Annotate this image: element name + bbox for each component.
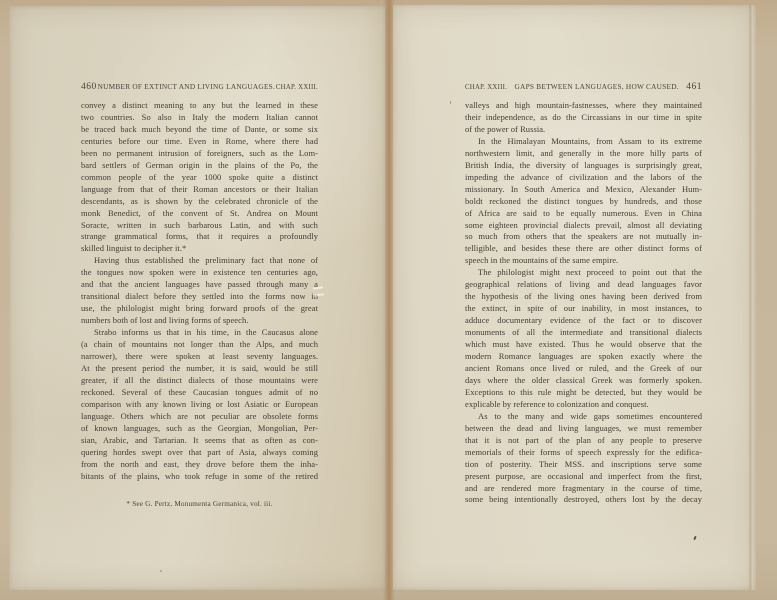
text-line: Strabo informs us that in his time, in t… [81, 327, 318, 339]
text-line: reckoned. Several of these Caucasian ton… [81, 387, 318, 399]
text-line: Exceptions to this rule might be detecte… [465, 387, 702, 399]
text-line: two countries. So also in Italy the mode… [81, 112, 318, 124]
text-line: sian, Arabic, and Tartarian. It seems th… [81, 435, 318, 447]
footnote: * See G. Pertz, Monumenta Germanica, vol… [81, 500, 318, 508]
text-line: of Africa are said to be equally numerou… [465, 208, 702, 220]
text-line: days where the older classical Greek was… [465, 375, 702, 387]
text-line: explicable by reference to colonization … [465, 399, 702, 411]
text-line: of known languages, such as the Georgian… [81, 423, 318, 435]
text-line: numbers both of lost and living forms of… [81, 315, 318, 327]
right-page-number: 461 [686, 82, 702, 92]
text-line: The philologist might next proceed to po… [465, 267, 702, 279]
text-line: memorials of their forms of speech expre… [465, 447, 702, 459]
text-line: northwestern limit, and generally in the… [465, 148, 702, 160]
text-line: monk Benedict, of the convent of St. And… [81, 208, 318, 220]
text-line: transitional dialect before they settled… [81, 291, 318, 303]
text-line: At the present period the number, it is … [81, 363, 318, 375]
left-page: 460 NUMBER OF EXTINCT AND LIVING LANGUAG… [9, 6, 385, 590]
text-line: Having thus established the preliminary … [81, 255, 318, 267]
right-page: CHAP. XXIII. GAPS BETWEEN LANGUAGES, HOW… [393, 5, 756, 590]
text-line: boldt reckoned the distinct tongues by h… [465, 196, 702, 208]
text-line: modern Romance languages are spoken exac… [465, 351, 702, 363]
right-running-title: GAPS BETWEEN LANGUAGES, HOW CAUSED. [515, 82, 679, 91]
text-line: convey a distinct meaning to any but the… [81, 100, 318, 112]
right-page-text-column: valleys and high mountain-fastnesses, wh… [465, 100, 702, 506]
left-running-title: NUMBER OF EXTINCT AND LIVING LANGUAGES. [98, 82, 275, 91]
text-line: some being intentionally destroyed, othe… [465, 494, 702, 506]
text-line: monuments of all the intermediate and tr… [465, 327, 702, 339]
text-line: strange grammatical forms, that it requi… [81, 231, 318, 243]
text-line: that it is not part of the plan of any p… [465, 435, 702, 447]
text-line: comparison with any known living or lost… [81, 399, 318, 411]
text-line: Soracte, written in such barbarous Latin… [81, 220, 318, 232]
text-line: narrower), there were spoken at least se… [81, 351, 318, 363]
text-line: ancient Romans once lived or ruled, and … [465, 363, 702, 375]
text-line: and that the ancient languages have pass… [81, 279, 318, 291]
text-line: been no permanent intrusion of foreigner… [81, 148, 318, 160]
text-line: the extinct, in spite of our inability, … [465, 303, 702, 315]
text-line: between the dead and living languages, w… [465, 423, 702, 435]
text-line: from the north and east, they drove befo… [81, 459, 318, 471]
text-line: some eighteen provincial dialects prevai… [465, 220, 702, 232]
text-line: impeding the advance of civilization and… [465, 172, 702, 184]
text-line: be traced back much beyond the time of D… [81, 124, 318, 136]
text-line: of the power of Russia. [465, 124, 702, 136]
text-line: use, the philologist might bring forward… [81, 303, 318, 315]
text-line: which must have existed. Thus he would o… [465, 339, 702, 351]
text-line: and are rendered more fragmentary in the… [465, 483, 702, 495]
text-line: the tongues now spoken were in existence… [81, 267, 318, 279]
text-line: centuries before our time. Even in Rome,… [81, 136, 318, 148]
text-line: language from that of their Roman ancest… [81, 184, 318, 196]
text-line: bard settlers of German origin in the pl… [81, 160, 318, 172]
text-line: adduce documentary evidence of the fact … [465, 315, 702, 327]
left-chapter-label: CHAP. XXIII. [276, 84, 318, 91]
text-line: descendants, as is shown by the celebrat… [81, 196, 318, 208]
text-line: common people of the year 1000 spoke qui… [81, 172, 318, 184]
text-line: bitants of the plains, who took refuge i… [81, 471, 318, 483]
text-line: the hypothesis of the living ones having… [465, 291, 702, 303]
text-line: skilled linguist to decipher it.* [81, 243, 318, 255]
right-chapter-label: CHAP. XXIII. [465, 84, 507, 91]
right-page-header: CHAP. XXIII. GAPS BETWEEN LANGUAGES, HOW… [465, 82, 702, 92]
text-line: their independence, as do the Circassian… [465, 112, 702, 124]
ink-speck [160, 570, 162, 572]
left-page-number: 460 [81, 82, 97, 92]
text-line: present purpose, are occasional and impe… [465, 471, 702, 483]
text-line: In the Himalayan Mountains, from Assam t… [465, 136, 702, 148]
text-line: tion of posterity. Their MSS. and inscri… [465, 459, 702, 471]
text-line: telligible, and besides these there are … [465, 243, 702, 255]
text-line: British India, the diversity of language… [465, 160, 702, 172]
text-line: language. Others which are not peculiar … [81, 411, 318, 423]
left-page-header: 460 NUMBER OF EXTINCT AND LIVING LANGUAG… [81, 82, 318, 92]
left-page-text-column: convey a distinct meaning to any but the… [81, 100, 318, 483]
text-line: speech in the mountains of the same empi… [465, 255, 702, 267]
text-line: missionary. In South America and Mexico,… [465, 184, 702, 196]
text-line: valleys and high mountain-fastnesses, wh… [465, 100, 702, 112]
text-line: quering hordes swept over that part of A… [81, 447, 318, 459]
text-line: (a chain of mountains not longer than th… [81, 339, 318, 351]
page-stack-edge [748, 5, 753, 590]
text-line: geographical relations of living and dea… [465, 279, 702, 291]
text-line: As to the many and wide gaps sometimes e… [465, 411, 702, 423]
book-spread: 460 NUMBER OF EXTINCT AND LIVING LANGUAG… [0, 0, 777, 600]
text-line: so much from others that the speakers ar… [465, 231, 702, 243]
text-line: greater, if all the distinct dialects of… [81, 375, 318, 387]
